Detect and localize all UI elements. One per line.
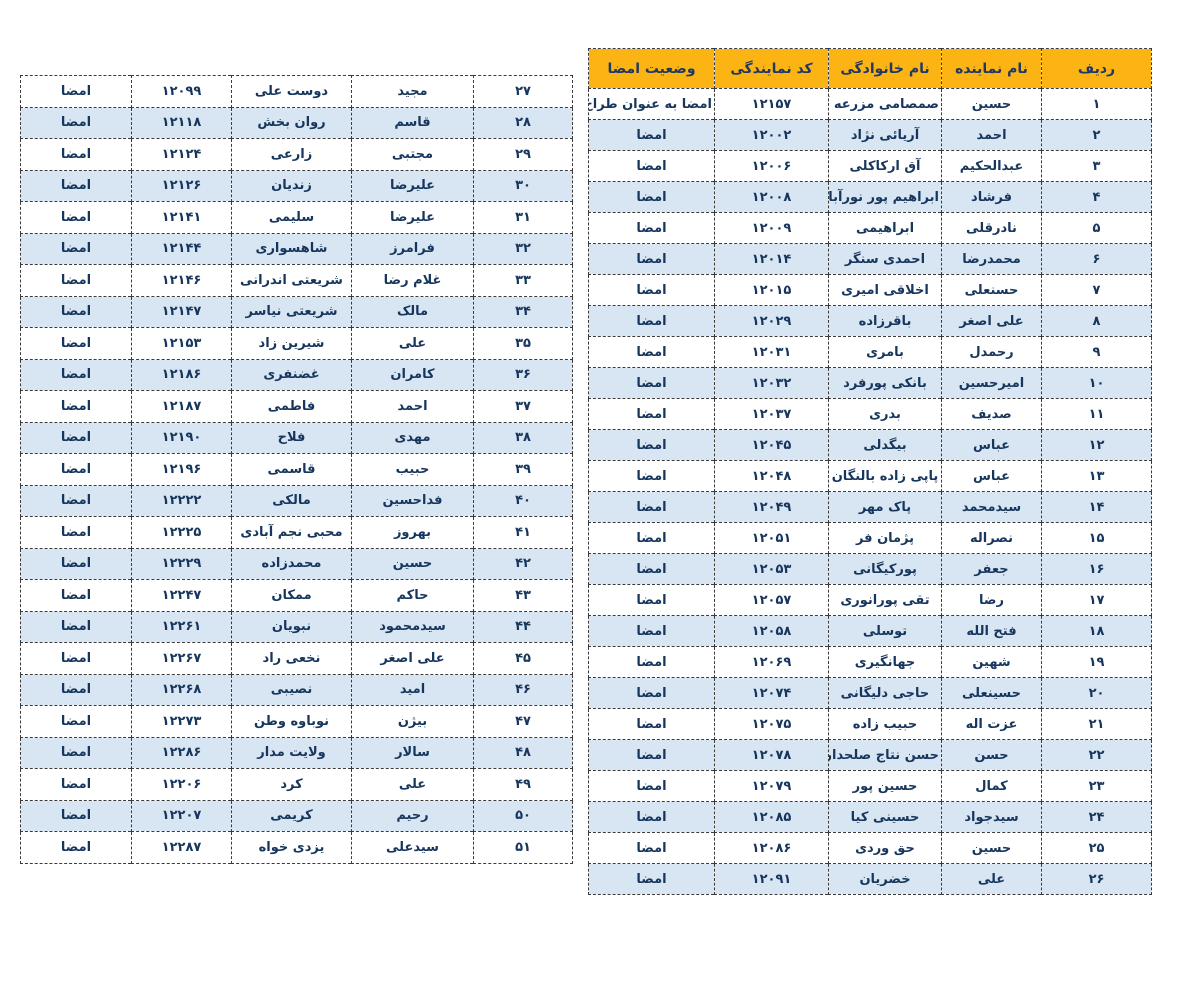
cell-first-name: نادرقلی [942, 213, 1042, 244]
cell-code: ۱۲۱۱۸ [132, 107, 232, 139]
cell-status: امضا [21, 769, 132, 801]
cell-last-name: ابراهیم پور نورآبادی [829, 182, 942, 213]
cell-row: ۳۲ [474, 233, 573, 265]
cell-row: ۲۰ [1042, 678, 1152, 709]
cell-last-name: قاسمی [232, 454, 352, 486]
table-row: ۱۲عباسبیگدلی۱۲۰۴۵امضا [589, 430, 1152, 461]
cell-row: ۵۱ [474, 832, 573, 864]
cell-code: ۱۲۰۵۸ [715, 616, 829, 647]
cell-row: ۲۸ [474, 107, 573, 139]
cell-status: امضا [589, 337, 715, 368]
cell-row: ۳۹ [474, 454, 573, 486]
cell-code: ۱۲۰۰۶ [715, 151, 829, 182]
cell-code: ۱۲۱۴۱ [132, 202, 232, 234]
cell-row: ۳۷ [474, 391, 573, 423]
cell-code: ۱۲۱۸۶ [132, 359, 232, 391]
cell-code: ۱۲۲۶۱ [132, 611, 232, 643]
cell-last-name: ولایت مدار [232, 737, 352, 769]
header-cell-row: ردیف [1042, 49, 1152, 89]
cell-status: امضا [21, 800, 132, 832]
cell-first-name: علی [352, 769, 474, 801]
cell-row: ۱ [1042, 89, 1152, 120]
cell-status: امضا [589, 802, 715, 833]
table-row: ۴۹علیکرد۱۲۲۰۶امضا [21, 769, 573, 801]
cell-status: امضا [589, 120, 715, 151]
cell-first-name: غلام رضا [352, 265, 474, 297]
table-row: ۴۱بهروزمحبی نجم آبادی۱۲۲۲۵امضا [21, 517, 573, 549]
cell-last-name: نبویان [232, 611, 352, 643]
cell-code: ۱۲۲۸۶ [132, 737, 232, 769]
cell-first-name: حاکم [352, 580, 474, 612]
cell-code: ۱۲۰۳۱ [715, 337, 829, 368]
cell-code: ۱۲۱۹۰ [132, 422, 232, 454]
cell-row: ۱۰ [1042, 368, 1152, 399]
cell-first-name: عزت اله [942, 709, 1042, 740]
table-row: ۲احمدآریائی نژاد۱۲۰۰۲امضا [589, 120, 1152, 151]
cell-status: امضا [21, 485, 132, 517]
cell-status: امضا [21, 737, 132, 769]
cell-status: امضا [589, 461, 715, 492]
cell-row: ۴۹ [474, 769, 573, 801]
cell-status: امضا [21, 170, 132, 202]
cell-last-name: بانکی پورفرد [829, 368, 942, 399]
table-row: ۱۹شهینجهانگیری۱۲۰۶۹امضا [589, 647, 1152, 678]
cell-status: امضا [21, 580, 132, 612]
header-cell-first-name: نام نماینده [942, 49, 1042, 89]
cell-status: امضا [21, 296, 132, 328]
cell-first-name: عباس [942, 430, 1042, 461]
cell-status: امضا [589, 771, 715, 802]
cell-row: ۱۷ [1042, 585, 1152, 616]
cell-status: امضا به عنوان طراح [589, 89, 715, 120]
cell-code: ۱۲۰۶۹ [715, 647, 829, 678]
table-row: ۴۶امیدنصیبی۱۲۲۶۸امضا [21, 674, 573, 706]
cell-last-name: روان بخش [232, 107, 352, 139]
cell-status: امضا [21, 107, 132, 139]
cell-code: ۱۲۲۲۲ [132, 485, 232, 517]
cell-row: ۳ [1042, 151, 1152, 182]
cell-row: ۸ [1042, 306, 1152, 337]
cell-code: ۱۲۱۴۶ [132, 265, 232, 297]
cell-first-name: محمدرضا [942, 244, 1042, 275]
cell-last-name: سلیمی [232, 202, 352, 234]
cell-first-name: مجتبی [352, 139, 474, 171]
cell-row: ۳۱ [474, 202, 573, 234]
cell-last-name: حبیب زاده [829, 709, 942, 740]
cell-last-name: مالکی [232, 485, 352, 517]
table-row: ۴فرشادابراهیم پور نورآبادی۱۲۰۰۸امضا [589, 182, 1152, 213]
cell-last-name: حسن نتاج صلحدار [829, 740, 942, 771]
cell-first-name: فتح الله [942, 616, 1042, 647]
cell-row: ۵ [1042, 213, 1152, 244]
table-row: ۷حسنعلیاخلاقی امیری۱۲۰۱۵امضا [589, 275, 1152, 306]
cell-first-name: مجید [352, 76, 474, 108]
cell-last-name: یزدی خواه [232, 832, 352, 864]
table-row: ۴۵علی اصغرنخعی راد۱۲۲۶۷امضا [21, 643, 573, 675]
cell-code: ۱۲۰۹۹ [132, 76, 232, 108]
cell-last-name: پاپی زاده بالنگان [829, 461, 942, 492]
cell-first-name: امیرحسین [942, 368, 1042, 399]
table-row: ۴۴سیدمحمودنبویان۱۲۲۶۱امضا [21, 611, 573, 643]
cell-status: امضا [589, 833, 715, 864]
cell-status: امضا [21, 706, 132, 738]
cell-code: ۱۲۱۵۷ [715, 89, 829, 120]
cell-first-name: حبیب [352, 454, 474, 486]
cell-row: ۲۴ [1042, 802, 1152, 833]
cell-code: ۱۲۱۹۶ [132, 454, 232, 486]
cell-code: ۱۲۲۸۷ [132, 832, 232, 864]
cell-row: ۹ [1042, 337, 1152, 368]
scanned-signature-sheet: ردیفنام نمایندهنام خانوادگیکد نمایندگیوض… [0, 0, 1181, 992]
cell-code: ۱۲۱۸۷ [132, 391, 232, 423]
cell-code: ۱۲۲۲۵ [132, 517, 232, 549]
cell-row: ۲۹ [474, 139, 573, 171]
cell-status: امضا [589, 306, 715, 337]
table-row: ۳۸مهدیفلاح۱۲۱۹۰امضا [21, 422, 573, 454]
cell-row: ۴۷ [474, 706, 573, 738]
cell-first-name: صدیف [942, 399, 1042, 430]
cell-code: ۱۲۰۲۹ [715, 306, 829, 337]
cell-row: ۲ [1042, 120, 1152, 151]
table-row: ۴۸سالارولایت مدار۱۲۲۸۶امضا [21, 737, 573, 769]
cell-row: ۱۸ [1042, 616, 1152, 647]
cell-status: امضا [589, 709, 715, 740]
cell-last-name: صمصامی مزرعه آخوند [829, 89, 942, 120]
cell-last-name: شریعتی نیاسر [232, 296, 352, 328]
cell-first-name: علی [942, 864, 1042, 895]
table-row: ۱۵نصرالهپژمان فر۱۲۰۵۱امضا [589, 523, 1152, 554]
cell-row: ۲۷ [474, 76, 573, 108]
cell-first-name: حسین [942, 833, 1042, 864]
cell-first-name: کامران [352, 359, 474, 391]
cell-code: ۱۲۰۱۴ [715, 244, 829, 275]
table-row: ۳۲فرامرزشاهسواری۱۲۱۴۴امضا [21, 233, 573, 265]
cell-code: ۱۲۰۸۶ [715, 833, 829, 864]
table-row: ۳۴مالکشریعتی نیاسر۱۲۱۴۷امضا [21, 296, 573, 328]
cell-first-name: کمال [942, 771, 1042, 802]
table-row: ۴۳حاکمممکان۱۲۲۴۷امضا [21, 580, 573, 612]
cell-status: امضا [21, 548, 132, 580]
table-row: ۳۷احمدفاطمی۱۲۱۸۷امضا [21, 391, 573, 423]
cell-last-name: توسلی [829, 616, 942, 647]
cell-first-name: رضا [942, 585, 1042, 616]
cell-code: ۱۲۰۸۵ [715, 802, 829, 833]
cell-first-name: فداحسین [352, 485, 474, 517]
cell-first-name: علی اصغر [942, 306, 1042, 337]
cell-code: ۱۲۱۲۴ [132, 139, 232, 171]
cell-last-name: اخلاقی امیری [829, 275, 942, 306]
table-row: ۳۳غلام رضاشریعتی اندرانی۱۲۱۴۶امضا [21, 265, 573, 297]
cell-row: ۳۶ [474, 359, 573, 391]
cell-first-name: علی [352, 328, 474, 360]
table-row: ۳۹حبیبقاسمی۱۲۱۹۶امضا [21, 454, 573, 486]
cell-first-name: احمد [352, 391, 474, 423]
cell-status: امضا [21, 328, 132, 360]
cell-last-name: پاک مهر [829, 492, 942, 523]
cell-code: ۱۲۰۷۹ [715, 771, 829, 802]
cell-first-name: حسینعلی [942, 678, 1042, 709]
cell-last-name: بدری [829, 399, 942, 430]
cell-last-name: پژمان فر [829, 523, 942, 554]
cell-first-name: حسنعلی [942, 275, 1042, 306]
cell-row: ۲۳ [1042, 771, 1152, 802]
cell-code: ۱۲۰۱۵ [715, 275, 829, 306]
cell-row: ۵۰ [474, 800, 573, 832]
table-row: ۱۳عباسپاپی زاده بالنگان۱۲۰۴۸امضا [589, 461, 1152, 492]
cell-status: امضا [589, 399, 715, 430]
cell-row: ۱۹ [1042, 647, 1152, 678]
table-row: ۴۰فداحسینمالکی۱۲۲۲۲امضا [21, 485, 573, 517]
cell-status: امضا [21, 643, 132, 675]
cell-code: ۱۲۲۶۷ [132, 643, 232, 675]
cell-first-name: سالار [352, 737, 474, 769]
cell-code: ۱۲۰۳۲ [715, 368, 829, 399]
cell-code: ۱۲۰۴۸ [715, 461, 829, 492]
cell-code: ۱۲۰۹۱ [715, 864, 829, 895]
cell-code: ۱۲۲۷۳ [132, 706, 232, 738]
cell-last-name: محبی نجم آبادی [232, 517, 352, 549]
cell-first-name: حسن [942, 740, 1042, 771]
cell-last-name: خضریان [829, 864, 942, 895]
cell-last-name: ابراهیمی [829, 213, 942, 244]
table-row: ۴۲حسینمحمدزاده۱۲۲۲۹امضا [21, 548, 573, 580]
cell-code: ۱۲۰۰۲ [715, 120, 829, 151]
table-row: ۵نادرقلیابراهیمی۱۲۰۰۹امضا [589, 213, 1152, 244]
cell-last-name: آق ارکاکلی [829, 151, 942, 182]
cell-row: ۴۶ [474, 674, 573, 706]
cell-status: امضا [589, 740, 715, 771]
cell-first-name: علی اصغر [352, 643, 474, 675]
cell-code: ۱۲۲۶۸ [132, 674, 232, 706]
table-row: ۱۰امیرحسینبانکی پورفرد۱۲۰۳۲امضا [589, 368, 1152, 399]
cell-first-name: قاسم [352, 107, 474, 139]
cell-status: امضا [21, 391, 132, 423]
cell-last-name: حسینی کیا [829, 802, 942, 833]
cell-first-name: علیرضا [352, 170, 474, 202]
table-row: ۴۷بیژننوباوه وطن۱۲۲۷۳امضا [21, 706, 573, 738]
table-row: ۲۴سیدجوادحسینی کیا۱۲۰۸۵امضا [589, 802, 1152, 833]
cell-last-name: کرد [232, 769, 352, 801]
signature-table-rows-27-51: ۲۷مجیددوست علی۱۲۰۹۹امضا۲۸قاسمروان بخش۱۲۱… [20, 75, 573, 864]
cell-status: امضا [21, 265, 132, 297]
table-row: ۲۷مجیددوست علی۱۲۰۹۹امضا [21, 76, 573, 108]
cell-row: ۴۸ [474, 737, 573, 769]
cell-code: ۱۲۰۷۵ [715, 709, 829, 740]
table-row: ۳عبدالحکیمآق ارکاکلی۱۲۰۰۶امضا [589, 151, 1152, 182]
cell-status: امضا [589, 151, 715, 182]
cell-row: ۴۱ [474, 517, 573, 549]
cell-row: ۲۶ [1042, 864, 1152, 895]
cell-row: ۴ [1042, 182, 1152, 213]
cell-status: امضا [21, 517, 132, 549]
cell-first-name: مالک [352, 296, 474, 328]
cell-row: ۳۸ [474, 422, 573, 454]
cell-first-name: فرشاد [942, 182, 1042, 213]
cell-row: ۴۰ [474, 485, 573, 517]
cell-status: امضا [21, 139, 132, 171]
cell-first-name: جعفر [942, 554, 1042, 585]
cell-status: امضا [21, 422, 132, 454]
cell-code: ۱۲۰۴۹ [715, 492, 829, 523]
cell-first-name: بیژن [352, 706, 474, 738]
cell-last-name: شاهسواری [232, 233, 352, 265]
cell-status: امضا [589, 864, 715, 895]
signature-table-rows-1-26: ردیفنام نمایندهنام خانوادگیکد نمایندگیوض… [588, 48, 1152, 895]
cell-last-name: زندیان [232, 170, 352, 202]
cell-first-name: حسین [352, 548, 474, 580]
cell-last-name: نخعی راد [232, 643, 352, 675]
cell-row: ۲۵ [1042, 833, 1152, 864]
cell-last-name: شریعتی اندرانی [232, 265, 352, 297]
cell-last-name: تقی پورانوری [829, 585, 942, 616]
cell-code: ۱۲۰۴۵ [715, 430, 829, 461]
cell-status: امضا [589, 368, 715, 399]
header-cell-code: کد نمایندگی [715, 49, 829, 89]
cell-first-name: بهروز [352, 517, 474, 549]
table-row: ۱حسینصمصامی مزرعه آخوند۱۲۱۵۷امضا به عنوا… [589, 89, 1152, 120]
table-row: ۵۰رحیمکریمی۱۲۲۰۷امضا [21, 800, 573, 832]
cell-code: ۱۲۲۴۷ [132, 580, 232, 612]
cell-first-name: فرامرز [352, 233, 474, 265]
cell-row: ۴۲ [474, 548, 573, 580]
table-row: ۲۳کمالحسین پور۱۲۰۷۹امضا [589, 771, 1152, 802]
cell-last-name: ممکان [232, 580, 352, 612]
cell-status: امضا [21, 454, 132, 486]
cell-code: ۱۲۲۰۷ [132, 800, 232, 832]
cell-row: ۳۰ [474, 170, 573, 202]
table-row: ۶محمدرضااحمدی سنگر۱۲۰۱۴امضا [589, 244, 1152, 275]
table-row: ۹رحمدلبامری۱۲۰۳۱امضا [589, 337, 1152, 368]
cell-row: ۷ [1042, 275, 1152, 306]
cell-first-name: سیدعلی [352, 832, 474, 864]
signature-table-left-section: ۲۷مجیددوست علی۱۲۰۹۹امضا۲۸قاسمروان بخش۱۲۱… [20, 75, 572, 864]
cell-last-name: احمدی سنگر [829, 244, 942, 275]
cell-code: ۱۲۰۰۸ [715, 182, 829, 213]
cell-last-name: حسین پور [829, 771, 942, 802]
cell-row: ۲۱ [1042, 709, 1152, 740]
cell-last-name: فلاح [232, 422, 352, 454]
cell-code: ۱۲۱۴۷ [132, 296, 232, 328]
cell-last-name: آریائی نژاد [829, 120, 942, 151]
cell-last-name: بامری [829, 337, 942, 368]
cell-status: امضا [589, 275, 715, 306]
cell-row: ۱۱ [1042, 399, 1152, 430]
cell-last-name: دوست علی [232, 76, 352, 108]
header-row: ردیفنام نمایندهنام خانوادگیکد نمایندگیوض… [589, 49, 1152, 89]
cell-first-name: نصراله [942, 523, 1042, 554]
header-cell-last-name: نام خانوادگی [829, 49, 942, 89]
cell-last-name: محمدزاده [232, 548, 352, 580]
cell-row: ۳۴ [474, 296, 573, 328]
cell-last-name: زارعی [232, 139, 352, 171]
cell-status: امضا [589, 182, 715, 213]
cell-code: ۱۲۰۵۳ [715, 554, 829, 585]
cell-status: امضا [589, 492, 715, 523]
cell-code: ۱۲۰۵۷ [715, 585, 829, 616]
cell-first-name: امید [352, 674, 474, 706]
cell-last-name: نصیبی [232, 674, 352, 706]
cell-row: ۲۲ [1042, 740, 1152, 771]
cell-first-name: رحمدل [942, 337, 1042, 368]
signature-table-right-section: ردیفنام نمایندهنام خانوادگیکد نمایندگیوض… [588, 48, 1151, 895]
cell-status: امضا [21, 233, 132, 265]
cell-last-name: باقرزاده [829, 306, 942, 337]
cell-first-name: سیدمحمود [352, 611, 474, 643]
cell-row: ۱۴ [1042, 492, 1152, 523]
table-row: ۲۹مجتبیزارعی۱۲۱۲۴امضا [21, 139, 573, 171]
table-row: ۱۷رضاتقی پورانوری۱۲۰۵۷امضا [589, 585, 1152, 616]
table-row: ۲۰حسینعلیحاجی دلیگانی۱۲۰۷۴امضا [589, 678, 1152, 709]
cell-status: امضا [21, 611, 132, 643]
cell-last-name: جهانگیری [829, 647, 942, 678]
cell-row: ۴۳ [474, 580, 573, 612]
table-row: ۳۱علیرضاسلیمی۱۲۱۴۱امضا [21, 202, 573, 234]
cell-first-name: مهدی [352, 422, 474, 454]
table-row: ۲۸قاسمروان بخش۱۲۱۱۸امضا [21, 107, 573, 139]
cell-code: ۱۲۱۴۴ [132, 233, 232, 265]
cell-status: امضا [21, 674, 132, 706]
cell-code: ۱۲۱۲۶ [132, 170, 232, 202]
cell-status: امضا [589, 585, 715, 616]
cell-row: ۱۲ [1042, 430, 1152, 461]
cell-code: ۱۲۰۳۷ [715, 399, 829, 430]
cell-row: ۴۵ [474, 643, 573, 675]
cell-code: ۱۲۰۵۱ [715, 523, 829, 554]
cell-status: امضا [21, 832, 132, 864]
cell-row: ۴۴ [474, 611, 573, 643]
cell-code: ۱۲۱۵۳ [132, 328, 232, 360]
table-row: ۱۶جعفرپورکیگانی۱۲۰۵۳امضا [589, 554, 1152, 585]
cell-last-name: حق وردی [829, 833, 942, 864]
cell-code: ۱۲۰۷۸ [715, 740, 829, 771]
cell-row: ۶ [1042, 244, 1152, 275]
cell-status: امضا [589, 523, 715, 554]
cell-first-name: حسین [942, 89, 1042, 120]
cell-first-name: احمد [942, 120, 1042, 151]
cell-first-name: رحیم [352, 800, 474, 832]
table-row: ۱۱صدیفبدری۱۲۰۳۷امضا [589, 399, 1152, 430]
cell-row: ۱۵ [1042, 523, 1152, 554]
cell-status: امضا [589, 430, 715, 461]
cell-code: ۱۲۲۰۶ [132, 769, 232, 801]
table-row: ۸علی اصغرباقرزاده۱۲۰۲۹امضا [589, 306, 1152, 337]
cell-row: ۱۶ [1042, 554, 1152, 585]
cell-last-name: کریمی [232, 800, 352, 832]
cell-first-name: سیدمحمد [942, 492, 1042, 523]
table-row: ۳۶کامرانغضنفری۱۲۱۸۶امضا [21, 359, 573, 391]
cell-last-name: بیگدلی [829, 430, 942, 461]
table-row: ۲۱عزت الهحبیب زاده۱۲۰۷۵امضا [589, 709, 1152, 740]
table-row: ۵۱سیدعلییزدی خواه۱۲۲۸۷امضا [21, 832, 573, 864]
cell-last-name: حاجی دلیگانی [829, 678, 942, 709]
table-row: ۲۵حسینحق وردی۱۲۰۸۶امضا [589, 833, 1152, 864]
cell-last-name: نوباوه وطن [232, 706, 352, 738]
cell-status: امضا [21, 202, 132, 234]
cell-code: ۱۲۰۷۴ [715, 678, 829, 709]
cell-status: امضا [21, 359, 132, 391]
cell-code: ۱۲۲۲۹ [132, 548, 232, 580]
table-row: ۲۲حسنحسن نتاج صلحدار۱۲۰۷۸امضا [589, 740, 1152, 771]
table-row: ۳۰علیرضازندیان۱۲۱۲۶امضا [21, 170, 573, 202]
cell-last-name: غضنفری [232, 359, 352, 391]
cell-last-name: شیرین زاد [232, 328, 352, 360]
header-cell-status: وضعیت امضا [589, 49, 715, 89]
cell-status: امضا [21, 76, 132, 108]
cell-status: امضا [589, 647, 715, 678]
cell-first-name: سیدجواد [942, 802, 1042, 833]
cell-first-name: شهین [942, 647, 1042, 678]
cell-status: امضا [589, 554, 715, 585]
